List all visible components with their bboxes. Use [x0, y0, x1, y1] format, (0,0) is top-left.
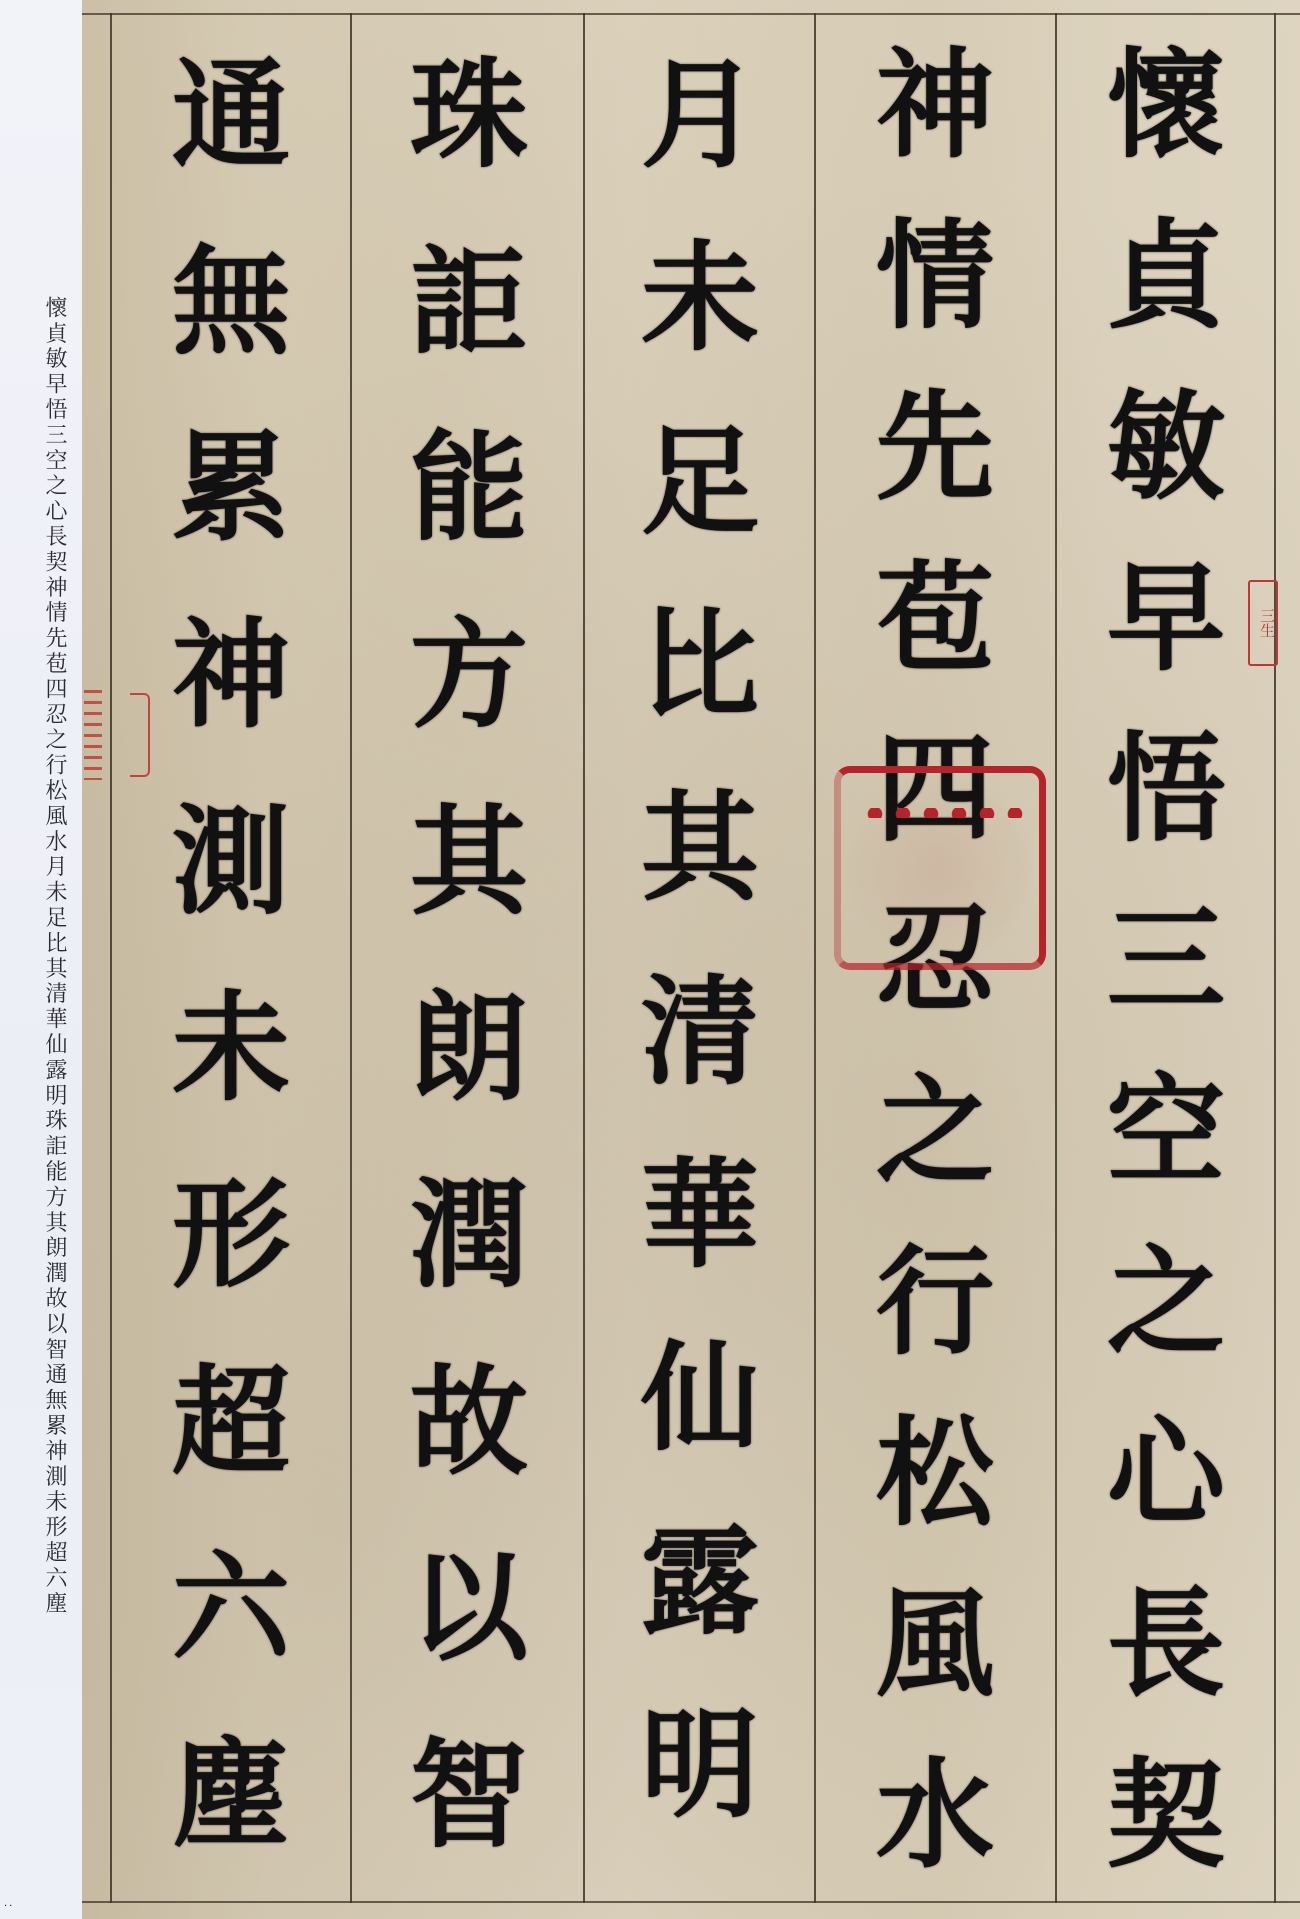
calligraphy-char: 測 [172, 787, 290, 937]
calligraphy-char: 早 [1107, 543, 1225, 693]
calligraphy-char: 懷 [1107, 30, 1225, 180]
calligraphy-char: 貞 [1107, 201, 1225, 351]
calligraphy-char: 塵 [172, 1720, 290, 1870]
red-seal-small: 三生 [1248, 580, 1278, 666]
calligraphy-char: 比 [641, 590, 759, 740]
calligraphy-char: 苞 [876, 543, 994, 693]
calligraphy-char: 形 [172, 1160, 290, 1310]
calligraphy-char: 超 [172, 1347, 290, 1497]
calligraphy-char: 露 [641, 1507, 759, 1657]
calligraphy-char: 潤 [410, 1160, 528, 1310]
red-seal-left-stripes [84, 690, 102, 780]
calligraphy-char: 其 [410, 787, 528, 937]
calligraphy-char: 通 [172, 40, 290, 190]
calligraphy-char: 未 [641, 223, 759, 373]
left-margin: 懷貞敏早悟三空之心長契神情先苞四忍之行松風水月未足比其清華仙露明珠詎能方其朗潤故… [0, 0, 82, 1919]
calligraphy-char: 契 [1107, 1740, 1225, 1890]
seal-dots [861, 808, 1031, 818]
calligraphy-char: 之 [876, 1056, 994, 1206]
calligraphy-char: 風 [876, 1569, 994, 1719]
calligraphy-char: 神 [876, 30, 994, 180]
calligraphy-char: 水 [876, 1740, 994, 1890]
calligraphy-char: 六 [172, 1533, 290, 1683]
calligraphy-char: 悟 [1107, 714, 1225, 864]
column-rule [1055, 13, 1057, 1903]
calligraphy-char: 三 [1107, 885, 1225, 1035]
calligraphy-column-5: 通 無 累 神 測 未 形 超 六 塵 [120, 40, 342, 1870]
calligraphy-char: 心 [1107, 1398, 1225, 1548]
column-rule [1274, 13, 1276, 1903]
calligraphy-char: 朗 [410, 973, 528, 1123]
calligraphy-column-4: 珠 詎 能 方 其 朗 潤 故 以 智 [360, 40, 578, 1870]
calligraphy-char: 以 [410, 1533, 528, 1683]
calligraphy-char: 其 [641, 773, 759, 923]
column-rule [110, 13, 112, 1903]
calligraphy-char: 行 [876, 1227, 994, 1377]
calligraphy-char: 情 [876, 201, 994, 351]
calligraphy-char: 明 [641, 1690, 759, 1840]
column-rule [583, 13, 585, 1903]
calligraphy-char: 方 [410, 600, 528, 750]
calligraphy-char: 之 [1107, 1227, 1225, 1377]
calligraphy-char: 仙 [641, 1323, 759, 1473]
printed-transcription: 懷貞敏早悟三空之心長契神情先苞四忍之行松風水月未足比其清華仙露明珠詎能方其朗潤故… [40, 296, 68, 1617]
column-rule [814, 13, 816, 1903]
calligraphy-char: 故 [410, 1347, 528, 1497]
calligraphy-char: 累 [172, 413, 290, 563]
calligraphy-column-1: 懷 貞 敏 早 悟 三 空 之 心 長 契 [1058, 30, 1274, 1890]
calligraphy-char: 華 [641, 1140, 759, 1290]
page-marker: .. [4, 1898, 14, 1909]
calligraphy-char: 未 [172, 973, 290, 1123]
bottom-border-line [82, 1901, 1300, 1903]
red-seal-left-bracket [130, 693, 150, 777]
calligraphy-column-3: 月 未 足 比 其 清 華 仙 露 明 [590, 40, 810, 1840]
calligraphy-char: 智 [410, 1720, 528, 1870]
calligraphy-char: 清 [641, 957, 759, 1107]
calligraphy-char: 神 [172, 600, 290, 750]
calligraphy-char: 能 [410, 413, 528, 563]
red-seal-large [834, 766, 1046, 970]
calligraphy-char: 敏 [1107, 372, 1225, 522]
column-rule [350, 13, 352, 1903]
calligraphy-char: 松 [876, 1398, 994, 1548]
calligraphy-char: 先 [876, 372, 994, 522]
calligraphy-char: 空 [1107, 1056, 1225, 1206]
calligraphy-char: 珠 [410, 40, 528, 190]
calligraphy-char: 無 [172, 227, 290, 377]
calligraphy-char: 足 [641, 407, 759, 557]
calligraphy-char: 月 [641, 40, 759, 190]
calligraphy-char: 詎 [410, 227, 528, 377]
calligraphy-char: 長 [1107, 1569, 1225, 1719]
top-border-line [82, 13, 1300, 15]
